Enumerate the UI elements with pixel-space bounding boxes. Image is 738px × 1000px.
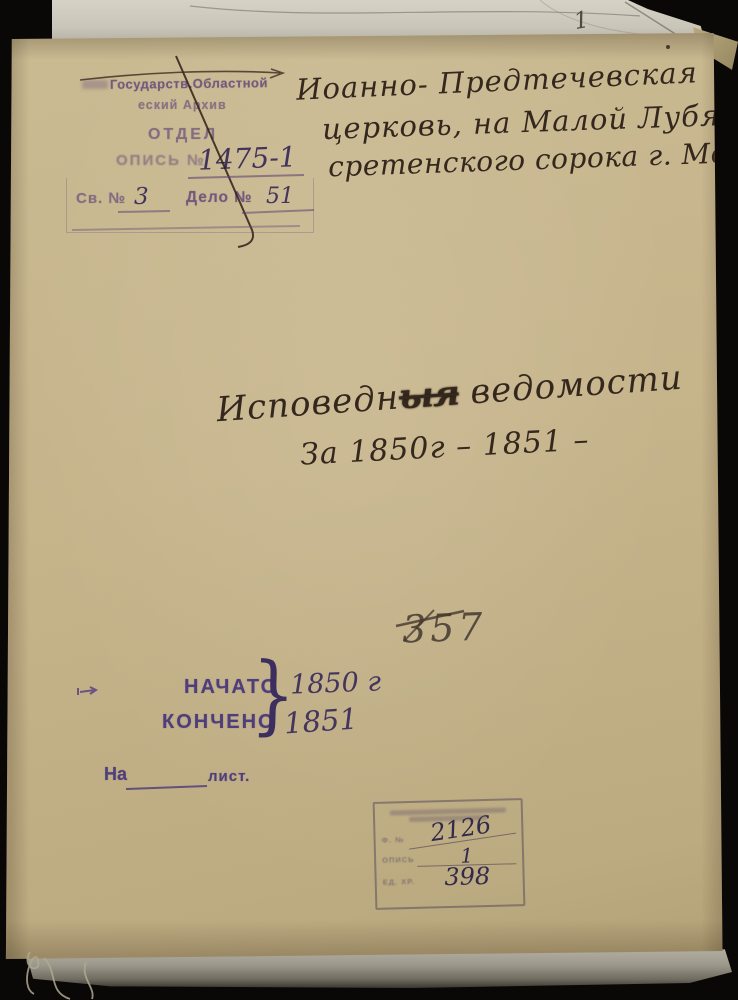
finished-value: 1851	[283, 701, 359, 740]
archive-stamp-opis-value: 1475-1	[197, 140, 297, 176]
archive-stamp-department: ОТДЕЛ	[148, 126, 218, 144]
stamp-fond-row: Ф. № 2126	[381, 821, 516, 847]
title-part2: ведомости	[457, 358, 684, 414]
title-line: Исповедныя ведомости	[215, 358, 684, 430]
archive-stamp-org-line2: еский Архив	[138, 98, 227, 112]
stamp-unit-row: ЕД. ХР. 398	[382, 865, 517, 890]
title-part1: Исповедн	[215, 378, 400, 431]
sheets-prefix: На	[104, 764, 127, 785]
faded-stamp-text	[82, 80, 108, 89]
ink-speck	[666, 45, 670, 49]
stamp-fond-label: Ф. №	[381, 835, 404, 848]
bottom-archive-stamp: Ф. № 2126 ОПИСЬ 1 ЕД. ХР. 398	[373, 798, 526, 910]
shelf-number: 357	[401, 605, 487, 652]
archive-stamp-org-line1: Государств.Областной	[110, 75, 268, 92]
stamp-unit-value: 398	[418, 865, 517, 889]
archive-stamp-border	[66, 178, 314, 233]
cover-page: Государств.Областной еский Архив ОТДЕЛ О…	[0, 0, 738, 1000]
stamp-unit-label: ЕД. ХР.	[383, 877, 416, 890]
started-value: 1850 г	[289, 666, 381, 700]
sheets-suffix: лист.	[208, 768, 250, 785]
archive-stamp-opis-label: ОПИСЬ №	[116, 152, 206, 169]
scanned-archive-cover: 1 Государств.Областной еский Архив ОТДЕЛ…	[0, 0, 738, 1000]
title-years: За 1850г – 1851 –	[299, 422, 590, 472]
title-struck-letters: ыя	[398, 373, 460, 417]
stamp-opis-label: ОПИСЬ	[382, 854, 415, 867]
inscription-line1: Иоанно- Предтечевская	[295, 55, 698, 106]
